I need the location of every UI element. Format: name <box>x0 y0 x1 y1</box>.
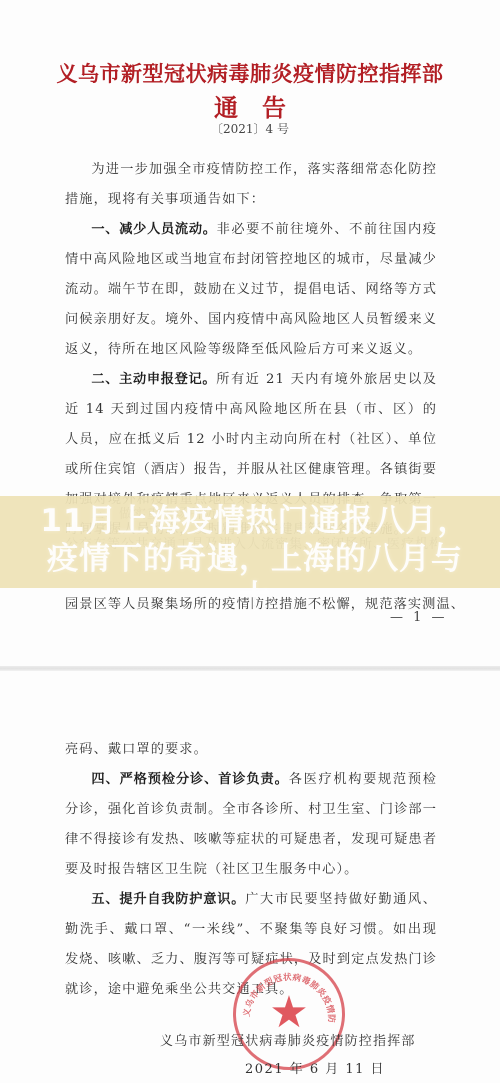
signature-organization: 义乌市新型冠状病毒肺炎疫情防控指挥部 <box>160 1030 400 1049</box>
section-1-text: 非必要不前往境外、不前往国内疫情中高风险地区或当地宣布封闭管控地区的城市，尽量减… <box>65 222 437 357</box>
document-number: 〔2021〕4 号 <box>0 120 500 137</box>
section-4-text: 各医疗机构要规范预检分诊，强化首诊负责制。全市各诊所、村卫生室、门诊部一律不得接… <box>65 772 437 877</box>
intro-paragraph: 为进一步加强全市疫情防控工作，落实落细常态化防控措施，现将有关事项通告如下： <box>65 155 437 215</box>
banner-headline: 11月上海疫情热门通报八月，疫情下的奇遇，上海的八月与十 <box>40 502 470 616</box>
signature-date: 2021 年 6 月 11 日 <box>245 1058 385 1077</box>
section-5-heading: 五、提升自我防护意识。 <box>91 892 245 907</box>
official-seal: 义乌市新型冠状病毒肺炎疫情防控指挥部 ★ <box>233 958 345 1070</box>
section-2-heading: 二、主动申报登记。 <box>91 372 216 387</box>
continuation-line: 亮码、戴口罩的要求。 <box>65 735 437 765</box>
section-1-heading: 一、减少人员流动。 <box>91 222 216 237</box>
section-4: 四、严格预检分诊、首诊负责。各医疗机构要规范预检分诊，强化首诊负责制。全市各诊所… <box>65 765 437 885</box>
document-subtitle: 通告 <box>0 88 500 123</box>
section-4-heading: 四、严格预检分诊、首诊负责。 <box>91 772 288 787</box>
document-title: 义乌市新型冠状病毒肺炎疫情防控指挥部 <box>0 58 500 88</box>
page1-body: 为进一步加强全市疫情防控工作，落实落细常态化防控措施，现将有关事项通告如下： 一… <box>65 155 437 545</box>
star-icon: ★ <box>269 991 308 1035</box>
section-1: 一、减少人员流动。非必要不前往境外、不前往国内疫情中高风险地区或当地宣布封闭管控… <box>65 215 437 365</box>
headline-banner: 11月上海疫情热门通报八月，疫情下的奇遇，上海的八月与十 <box>0 496 500 588</box>
